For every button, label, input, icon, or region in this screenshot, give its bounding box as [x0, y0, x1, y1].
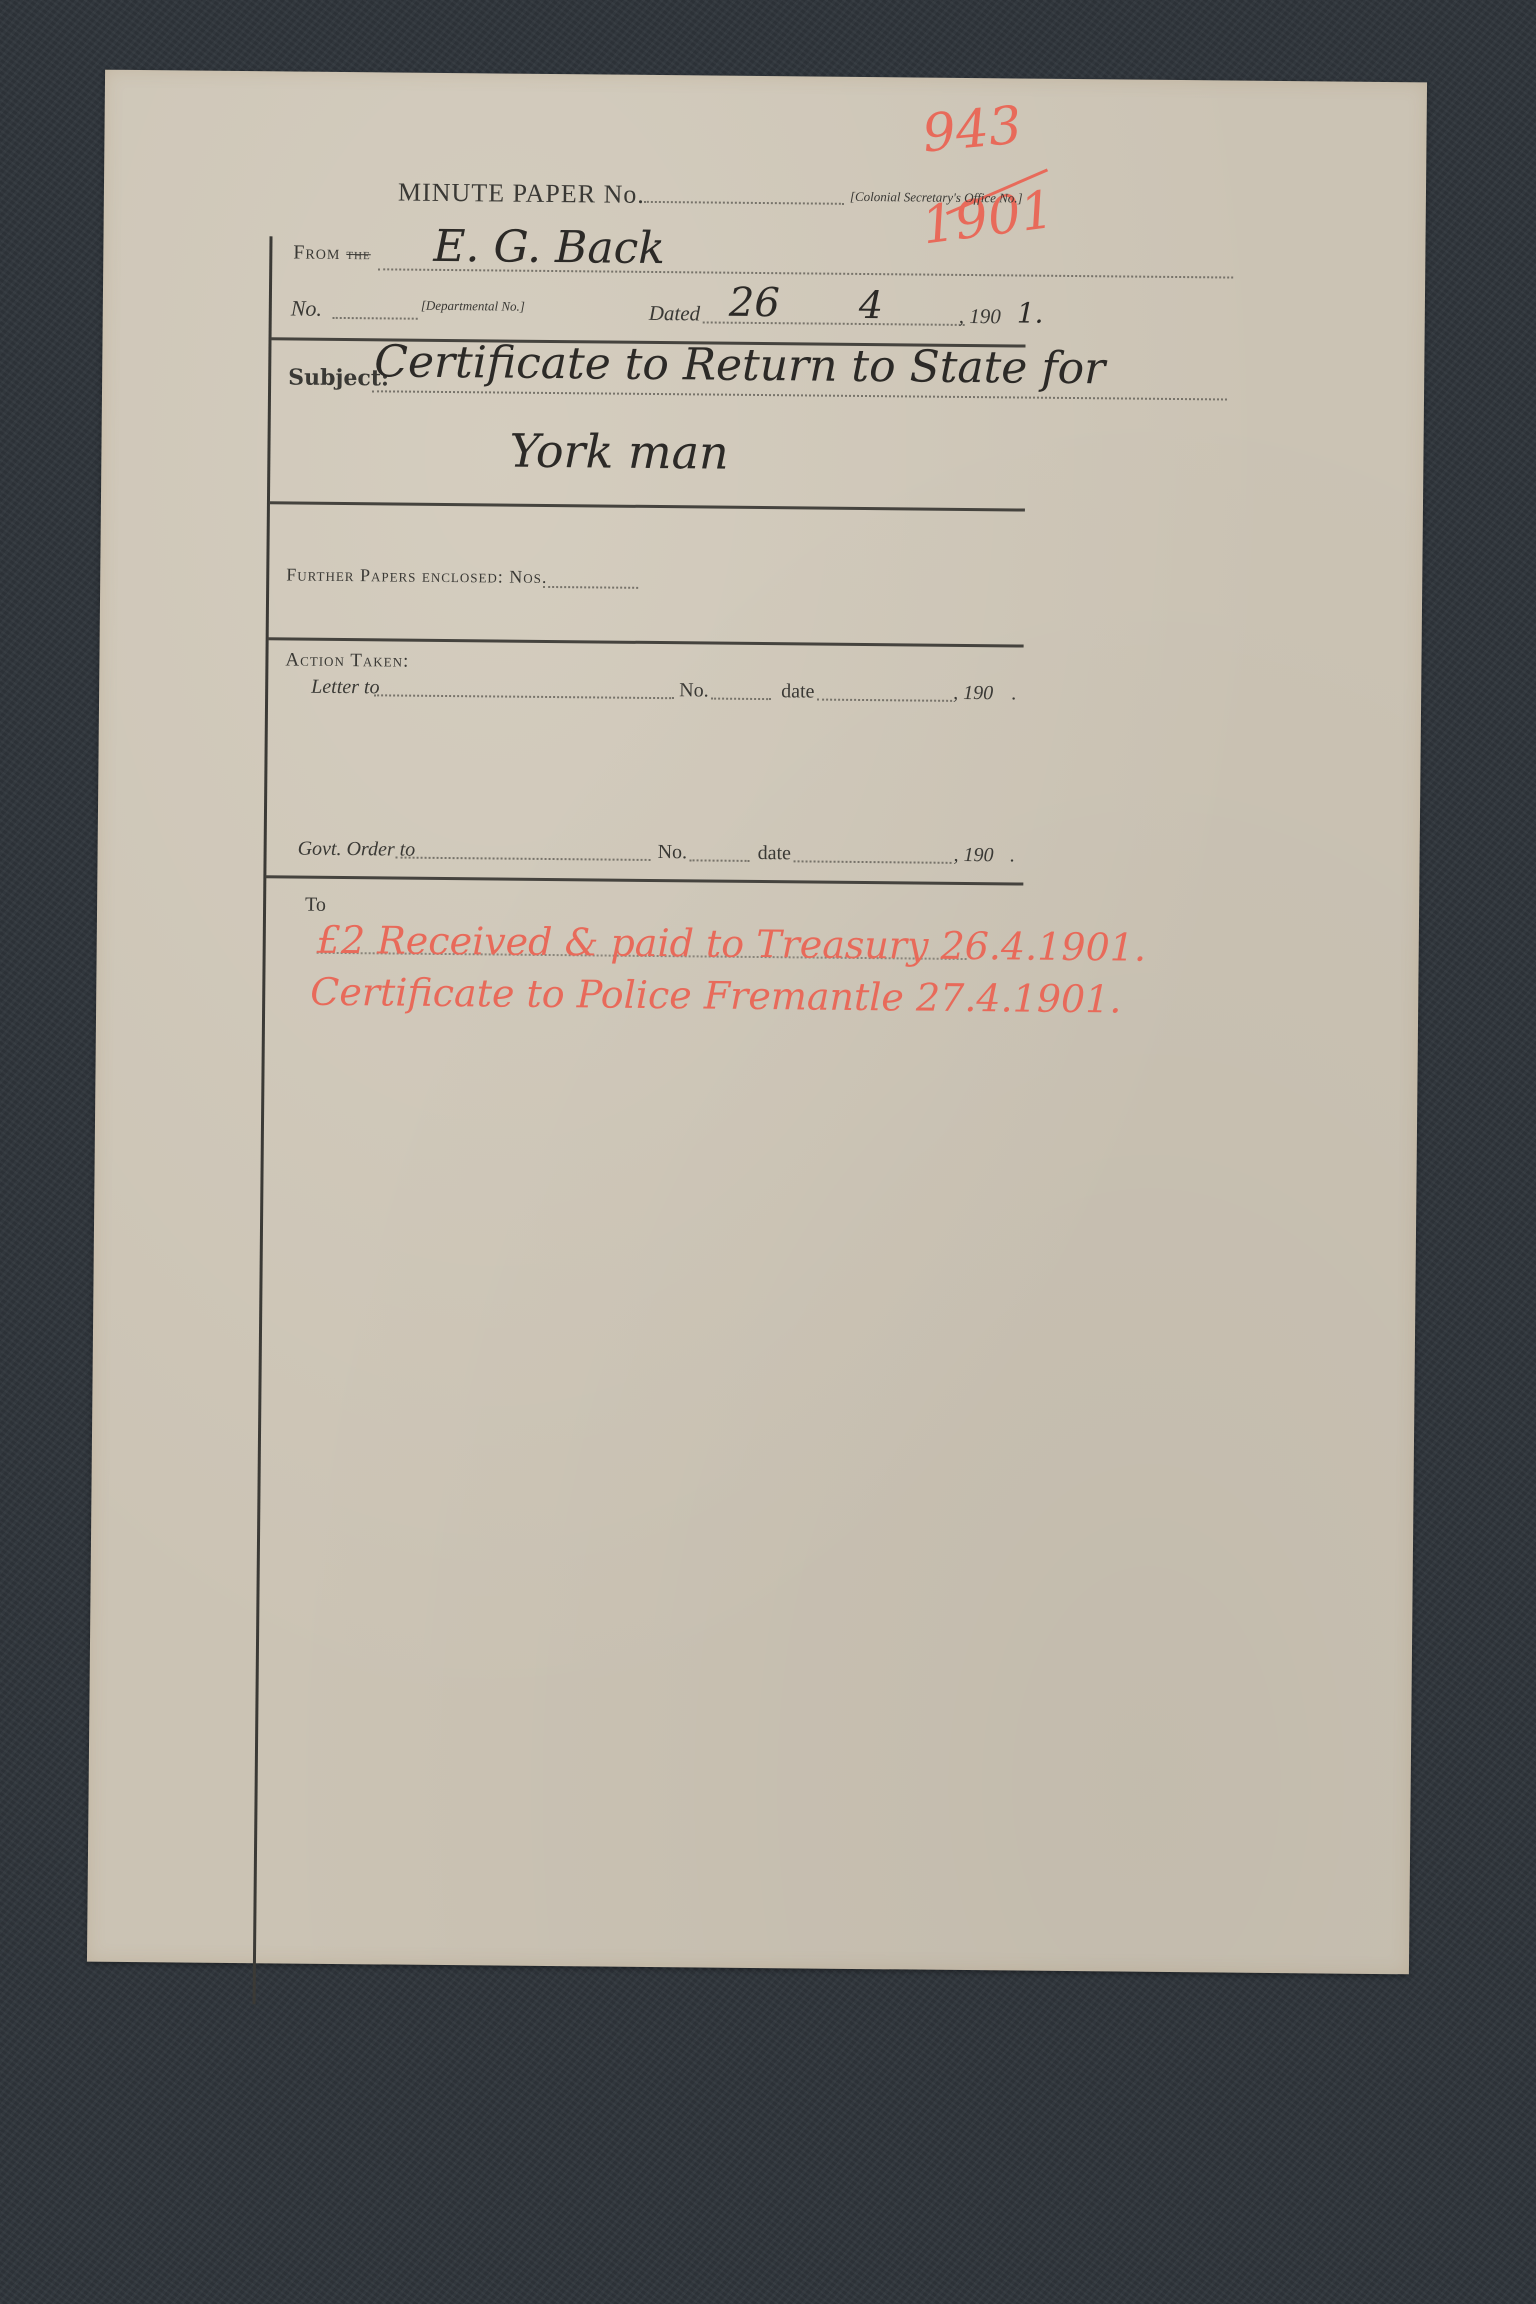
- to-label: To: [305, 894, 326, 917]
- departmental-no-note: [Departmental No.]: [421, 298, 525, 315]
- letter-year: , 190: [953, 682, 993, 705]
- form-title: MINUTE PAPER No.: [398, 178, 645, 210]
- minute-number-handwritten: 943: [920, 95, 1025, 164]
- govt-date-line: [794, 860, 952, 864]
- govt-period: .: [1009, 844, 1014, 867]
- dated-day-handwritten: 26: [729, 280, 780, 326]
- letter-no-line: [711, 698, 771, 701]
- govt-date-label: date: [758, 842, 792, 865]
- dated-year-printed: , 190: [959, 304, 1001, 329]
- subject-line1-handwritten: Certificate to Return to State for: [374, 336, 1105, 394]
- letter-date-label: date: [781, 680, 815, 703]
- further-papers-line: [543, 586, 638, 589]
- action-taken-label: Action Taken:: [285, 649, 409, 672]
- rule-after-action-taken: [265, 875, 1023, 885]
- further-papers-label: Further Papers enclosed: Nos.: [286, 564, 547, 588]
- note-line1-handwritten: £2 Received & paid to Treasury 26.4.1901…: [317, 918, 1147, 970]
- minute-paper-document: MINUTE PAPER No. 1901 943 [Colonial Secr…: [87, 70, 1427, 1975]
- rule-after-further-papers: [268, 637, 1024, 647]
- letter-no-label: No.: [679, 679, 709, 702]
- letter-date-line: [817, 699, 952, 702]
- from-struck-word: the: [346, 247, 371, 263]
- subject-line2-handwritten: York man: [509, 424, 729, 480]
- departmental-no-line: [333, 317, 418, 320]
- dated-month-handwritten: 4: [859, 283, 884, 327]
- note-line2-handwritten: Certificate to Police Fremantle 27.4.190…: [310, 970, 1122, 1022]
- govt-order-line: [396, 857, 651, 861]
- from-value-handwritten: E. G. Back: [433, 221, 665, 274]
- from-label-text: From: [293, 242, 340, 264]
- dated-label: Dated: [649, 301, 701, 326]
- from-label: From the: [293, 242, 371, 266]
- minute-number-line: [644, 201, 844, 205]
- rule-after-subject: [269, 501, 1025, 511]
- letter-to-label: Letter to: [311, 676, 380, 700]
- dated-year-handwritten: 1.: [1017, 296, 1044, 329]
- govt-no-line: [690, 859, 750, 862]
- no-label: No.: [291, 295, 322, 321]
- office-number-note: [Colonial Secretary's Office No.]: [850, 189, 1023, 207]
- govt-no-label: No.: [658, 841, 688, 864]
- letter-period: .: [1011, 682, 1016, 705]
- letter-to-line: [374, 694, 674, 699]
- govt-year: , 190: [953, 844, 993, 867]
